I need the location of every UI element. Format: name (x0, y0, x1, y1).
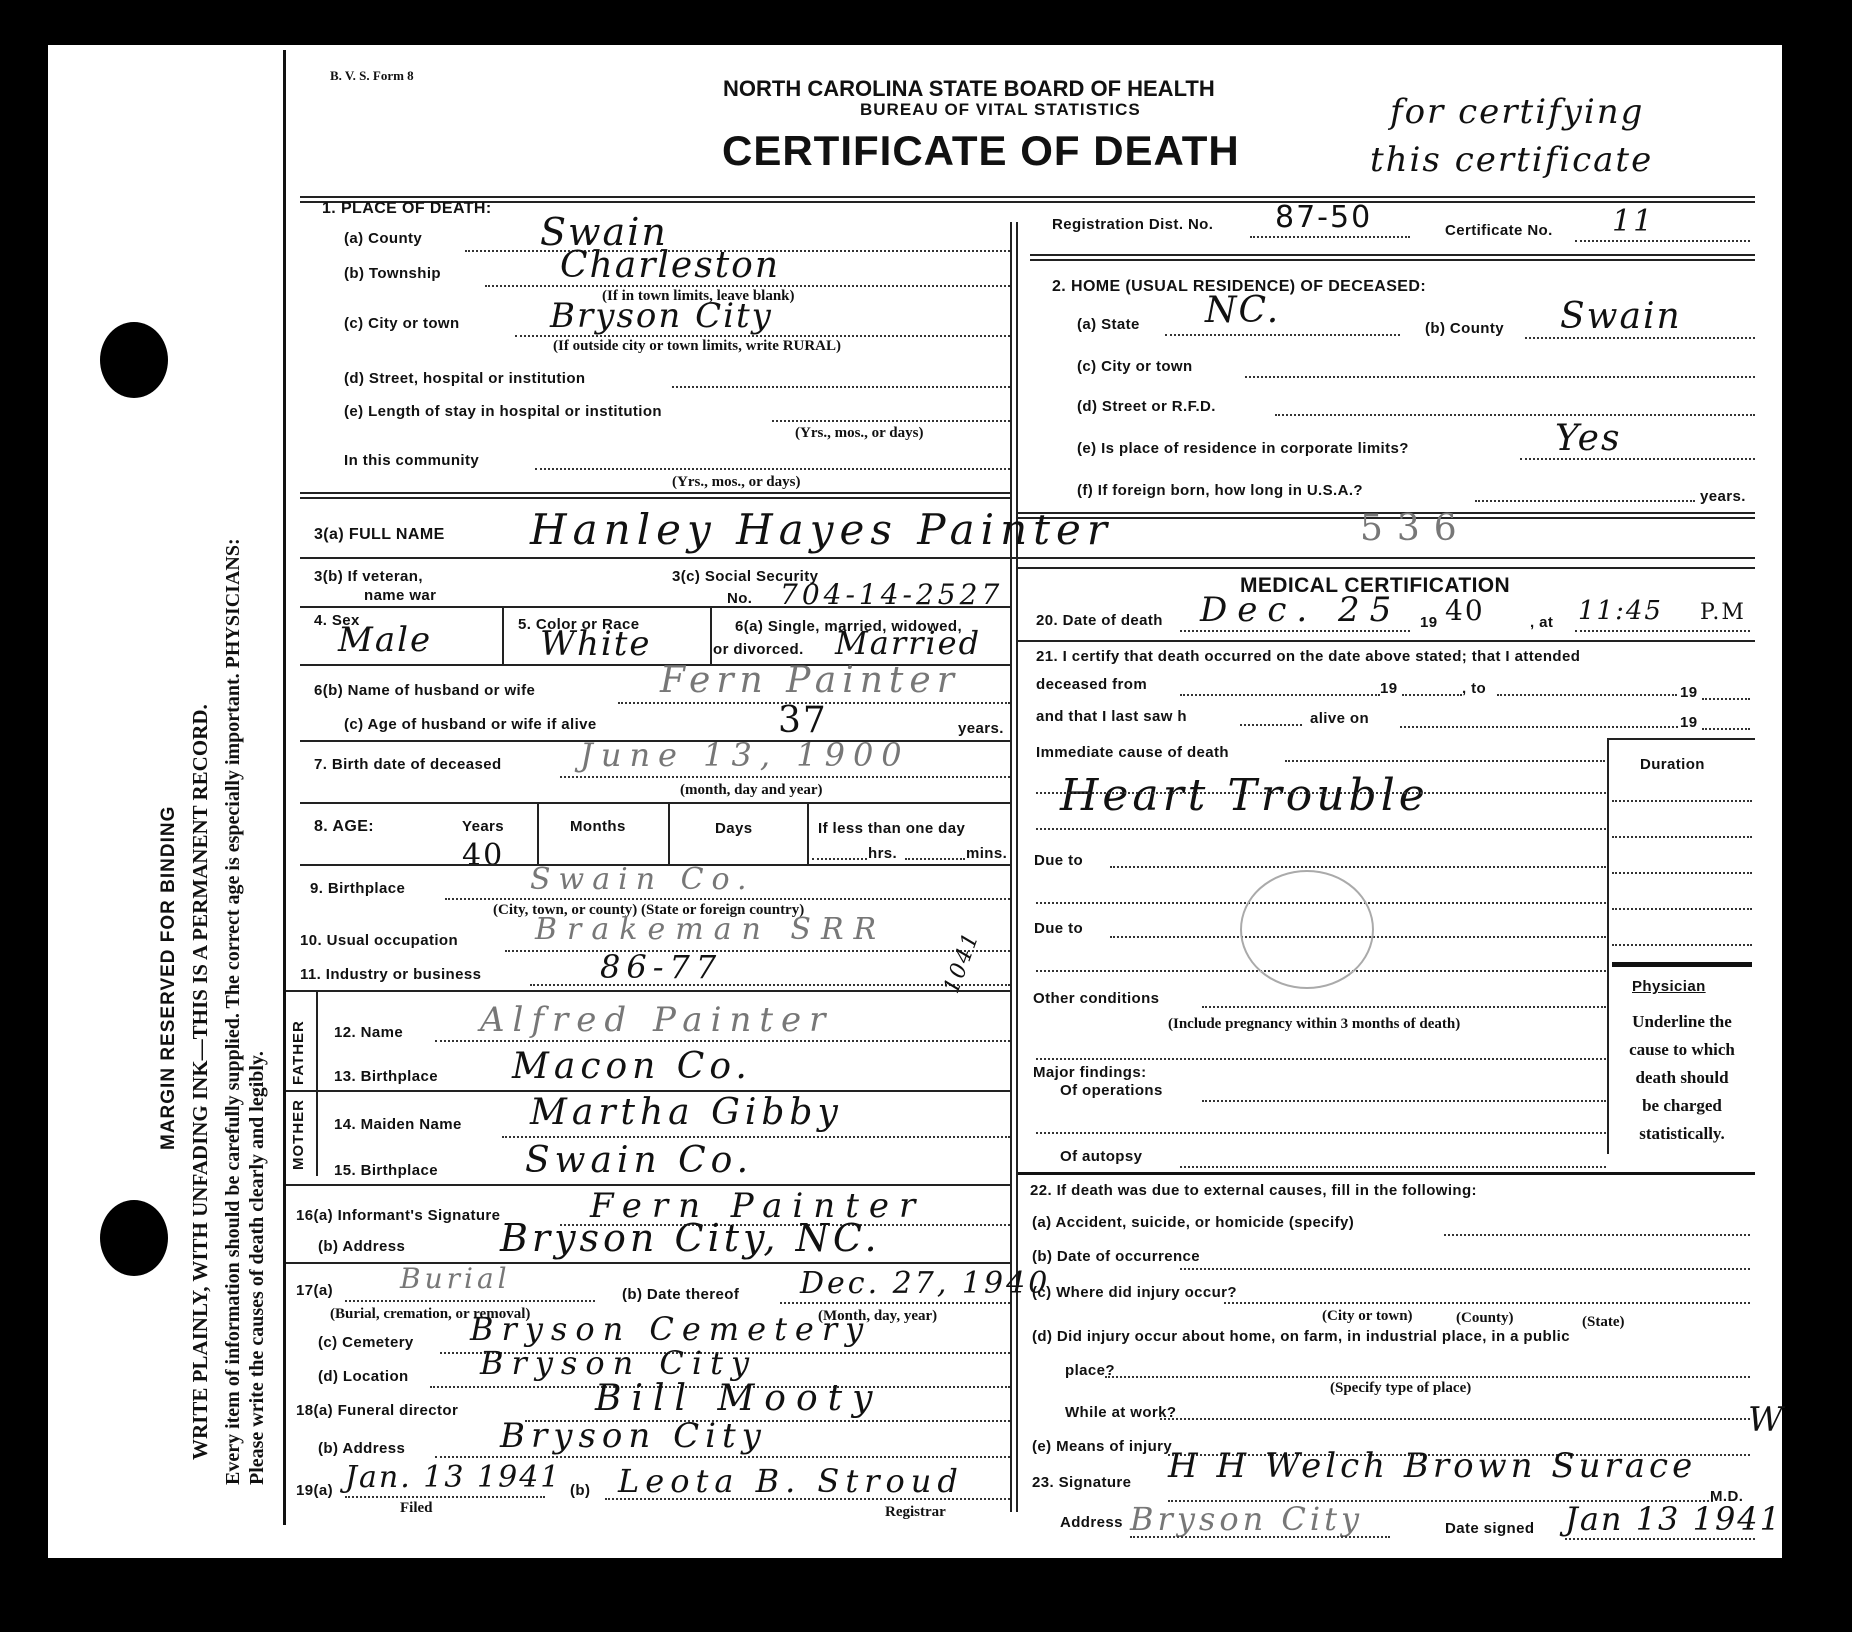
marital-value: Married (835, 624, 981, 662)
pod-city-value: Bryson City (550, 296, 773, 336)
major-findings-label: Major findings: (1033, 1064, 1147, 1081)
pod-street-field (672, 386, 1010, 388)
death-date-value: Dec. 25 (1200, 590, 1401, 630)
margin-instruction-2: Every item of information should be care… (222, 538, 245, 1485)
death-year-prefix: 19 (1420, 614, 1438, 631)
father-name-label: 12. Name (334, 1024, 403, 1041)
pod-city-note: (If outside city or town limits, write R… (553, 338, 841, 355)
spouse-name-value: Fern Painter (660, 660, 960, 701)
occupation-label: 10. Usual occupation (300, 932, 458, 949)
pod-community-field (535, 468, 1010, 470)
father-tab: FATHER (290, 1020, 307, 1085)
funeral-address-label: (b) Address (318, 1440, 405, 1457)
external-d-note: (Specify type of place) (1330, 1380, 1471, 1397)
full-name-value: Hanley Hayes Painter (530, 505, 1113, 554)
disposition-value: Burial (400, 1262, 511, 1295)
spouse-age-unit: years. (958, 720, 1004, 737)
spouse-age-label: (c) Age of husband or wife if alive (344, 716, 597, 733)
pod-community-label: In this community (344, 452, 479, 469)
location-label: (d) Location (318, 1368, 409, 1385)
home-foreign-label: (f) If foreign born, how long in U.S.A.? (1077, 482, 1363, 499)
mother-birthplace-label: 15. Birthplace (334, 1162, 438, 1179)
informant-signature-label: 16(a) Informant's Signature (296, 1207, 500, 1224)
last-saw-label: and that I last saw h (1036, 708, 1187, 725)
physician-heading: Physician (1632, 978, 1706, 995)
cemetery-value: Bryson Cemetery (470, 1310, 871, 1348)
occupation-value: Brakeman SRR (535, 912, 886, 947)
full-name-code: 536 (1360, 508, 1471, 549)
age-years-value: 40 (462, 838, 504, 873)
alive-on-label: alive on (1310, 710, 1369, 727)
physician-note-2: cause to which (1612, 1040, 1752, 1060)
place-of-death-heading: 1. PLACE OF DEATH: (322, 200, 492, 218)
pod-city-label: (c) City or town (344, 315, 460, 332)
registration-dist-label: Registration Dist. No. (1052, 216, 1213, 233)
registration-dist-value: 87-50 (1275, 200, 1372, 235)
operations-label: Of operations (1060, 1082, 1163, 1099)
bureau-name: BUREAU OF VITAL STATISTICS (860, 100, 1141, 120)
pod-stay-note: (Yrs., mos., or days) (795, 425, 923, 442)
death-time-ampm: P.M (1700, 600, 1746, 625)
annotation-line-1: for certifying (1390, 92, 1644, 132)
mother-name-label: 14. Maiden Name (334, 1116, 462, 1133)
pod-stay-field (772, 420, 1010, 422)
father-birthplace-label: 13. Birthplace (334, 1068, 438, 1085)
age-months-label: Months (570, 818, 626, 835)
veteran-label-1: 3(b) If veteran, (314, 568, 423, 585)
alive-on-19: 19 (1680, 714, 1698, 731)
certify-statement: 21. I certify that death occurred on the… (1036, 648, 1580, 665)
left-form-border (283, 50, 286, 1525)
location-value: Bryson City (480, 1344, 757, 1382)
means-of-injury-label: (e) Means of injury (1032, 1438, 1172, 1455)
funeral-address-value: Bryson City (500, 1416, 767, 1456)
binding-hole-bottom (100, 1200, 168, 1276)
filed-label: 19(a) (296, 1482, 333, 1499)
autopsy-label: Of autopsy (1060, 1148, 1142, 1165)
date-signed-label: Date signed (1445, 1520, 1534, 1537)
certificate-title: CERTIFICATE OF DEATH (722, 127, 1240, 175)
death-time-value: 11:45 (1578, 596, 1663, 626)
date-signed-value: Jan 13 1941 (1565, 1500, 1782, 1538)
age-label: 8. AGE: (314, 818, 374, 836)
due-to-label-1: Due to (1034, 852, 1083, 869)
home-county-value: Swain (1560, 296, 1682, 337)
external-c-label: (c) Where did injury occur? (1032, 1284, 1237, 1301)
birth-date-label: 7. Birth date of deceased (314, 756, 502, 773)
attended-from-19: 19 (1380, 680, 1398, 697)
registrar-label: (b) (570, 1482, 590, 1499)
form-id: B. V. S. Form 8 (330, 68, 414, 84)
home-foreign-field (1475, 500, 1695, 502)
ssn-label-2: No. (727, 590, 752, 607)
other-conditions-note: (Include pregnancy within 3 months of de… (1168, 1016, 1460, 1033)
home-street-field (1275, 414, 1755, 416)
mother-name-value: Martha Gibby (530, 1092, 843, 1133)
home-foreign-unit: years. (1700, 488, 1746, 505)
home-city-field (1245, 376, 1755, 378)
due-to-label-2: Due to (1034, 920, 1083, 937)
funeral-director-value: Bill Mooty (595, 1378, 882, 1419)
birthplace-value: Swain Co. (530, 862, 755, 897)
burial-date-value: Dec. 27, 1940 (800, 1266, 1050, 1301)
marital-label-2: or divorced. (713, 641, 804, 658)
home-corporate-label: (e) Is place of residence in corporate l… (1077, 440, 1409, 457)
pod-stay-label: (e) Length of stay in hospital or instit… (344, 403, 662, 420)
age-days-label: Days (715, 820, 752, 837)
sex-value: Male (338, 620, 432, 660)
physician-address-value: Bryson City (1130, 1500, 1363, 1538)
cutoff-handwriting (140, 28, 153, 68)
birth-date-value: June 13, 1900 (580, 736, 910, 774)
physician-signature-value: H H Welch Brown Surace (1168, 1446, 1696, 1486)
physician-note-4: be charged (1612, 1096, 1752, 1116)
father-birthplace-value: Macon Co. (512, 1046, 752, 1087)
informant-address-label: (b) Address (318, 1238, 405, 1255)
pod-county-label: (a) County (344, 230, 422, 247)
external-d-label: (d) Did injury occur about home, on farm… (1032, 1328, 1570, 1345)
burial-date-label: (b) Date thereof (622, 1286, 739, 1303)
center-divider (1010, 222, 1018, 1512)
cemetery-label: (c) Cemetery (318, 1334, 414, 1351)
physician-address-label: Address (1060, 1514, 1123, 1531)
disposition-label: 17(a) (296, 1282, 333, 1299)
age-less-label: If less than one day (818, 820, 965, 837)
pod-township-label: (b) Township (344, 265, 441, 282)
attended-from-label: deceased from (1036, 676, 1147, 693)
industry-value: 86-77 (600, 948, 722, 986)
annotation-line-2: this certificate (1370, 140, 1653, 180)
attended-to-19: 19 (1680, 684, 1698, 701)
mother-birthplace-value: Swain Co. (525, 1140, 753, 1181)
full-name-label: 3(a) FULL NAME (314, 526, 445, 544)
certificate-no-value: 11 (1612, 204, 1654, 239)
filed-note: Filed (400, 1500, 433, 1517)
immediate-cause-label: Immediate cause of death (1036, 744, 1229, 761)
certificate-no-label: Certificate No. (1445, 222, 1553, 239)
age-years-label: Years (462, 818, 504, 835)
registrar-value: Leota B. Stroud (618, 1462, 964, 1500)
informant-address-value: Bryson City, NC. (500, 1216, 881, 1260)
external-causes-heading: 22. If death was due to external causes,… (1030, 1182, 1477, 1199)
margin-instruction-3: Please write the causes of death clearly… (246, 1051, 269, 1485)
father-name-value: Alfred Painter (480, 1000, 833, 1040)
external-c-note-state: (State) (1582, 1314, 1624, 1331)
industry-label: 11. Industry or business (300, 966, 481, 983)
physician-note-5: statistically. (1612, 1124, 1752, 1144)
margin-instruction-1: WRITE PLAINLY, WITH UNFADING INK—THIS IS… (188, 704, 213, 1460)
death-year-value: 40 (1445, 594, 1485, 627)
physician-note-1: Underline the (1612, 1012, 1752, 1032)
external-a-label: (a) Accident, suicide, or homicide (spec… (1032, 1214, 1354, 1231)
funeral-director-label: 18(a) Funeral director (296, 1402, 458, 1419)
home-county-label: (b) County (1425, 320, 1504, 337)
home-state-value: NC. (1205, 290, 1280, 331)
duration-label: Duration (1640, 756, 1705, 773)
birthplace-label: 9. Birthplace (310, 880, 405, 897)
birth-date-note: (month, day and year) (680, 782, 823, 799)
home-city-label: (c) City or town (1077, 358, 1193, 375)
external-c-note-city: (City or town) (1322, 1308, 1413, 1325)
pod-township-value: Charleston (560, 245, 780, 286)
race-value: White (540, 624, 652, 664)
veteran-label-2: name war (364, 587, 436, 604)
spouse-age-value: 37 (778, 700, 828, 741)
external-c-note-county: (County) (1456, 1310, 1514, 1327)
filed-value: Jan. 13 1941 (345, 1460, 561, 1495)
physician-note-3: death should (1612, 1068, 1752, 1088)
immediate-cause-value: Heart Trouble (1060, 770, 1429, 821)
other-conditions-label: Other conditions (1033, 990, 1159, 1007)
physician-signature-label: 23. Signature (1032, 1474, 1131, 1491)
external-b-label: (b) Date of occurrence (1032, 1248, 1200, 1265)
home-state-label: (a) State (1077, 316, 1140, 333)
home-corporate-value: Yes (1555, 418, 1621, 459)
header-rule (300, 196, 1755, 203)
pod-street-label: (d) Street, hospital or institution (344, 370, 586, 387)
attended-to-label: , to (1462, 680, 1486, 697)
home-street-label: (d) Street or R.F.D. (1077, 398, 1216, 415)
death-time-label: , at (1530, 614, 1553, 631)
spouse-name-label: 6(b) Name of husband or wife (314, 682, 535, 699)
pod-community-note: (Yrs., mos., or days) (672, 474, 800, 491)
registrar-note: Registrar (885, 1504, 946, 1521)
age-hrs-label: hrs. (868, 845, 897, 862)
faint-circle-mark (1240, 870, 1374, 989)
death-date-label: 20. Date of death (1036, 612, 1163, 629)
margin-reserved-label: MARGIN RESERVED FOR BINDING (158, 806, 180, 1150)
mother-tab: MOTHER (290, 1099, 307, 1170)
binding-hole-top (100, 322, 168, 398)
agency-name: NORTH CAROLINA STATE BOARD OF HEALTH (723, 76, 1215, 102)
age-mins-label: mins. (966, 845, 1007, 862)
margin-initial: W (1748, 1400, 1785, 1440)
